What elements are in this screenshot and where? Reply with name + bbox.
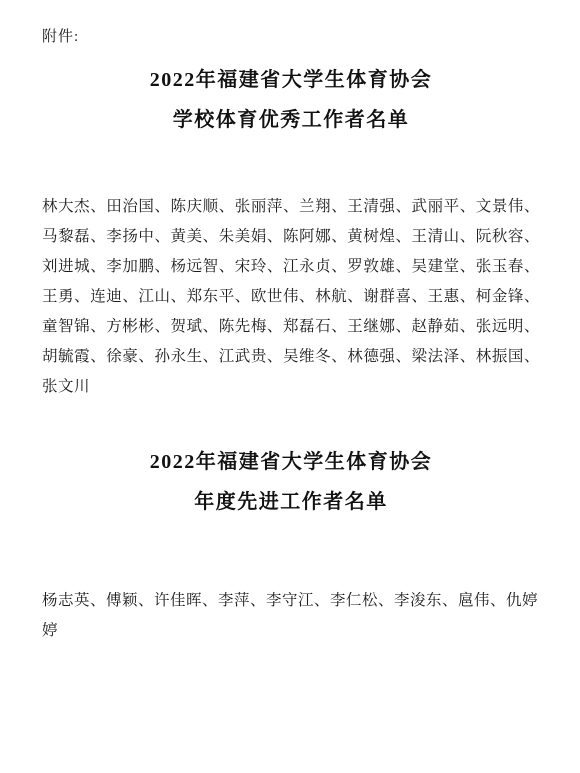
section2-title-line2: 年度先进工作者名单	[42, 482, 540, 522]
attachment-label: 附件:	[42, 25, 540, 46]
section1-title-block: 2022年福建省大学生体育协会 学校体育优秀工作者名单	[42, 60, 540, 140]
section2-title-line1: 2022年福建省大学生体育协会	[42, 442, 540, 482]
section2-names-list: 杨志英、傅颖、许佳晖、李萍、李守江、李仁松、李浚东、扈伟、仇婷婷	[42, 586, 540, 646]
section1-title-line1: 2022年福建省大学生体育协会	[42, 60, 540, 100]
section1-names-list: 林大杰、田治国、陈庆顺、张丽萍、兰翔、王清强、武丽平、文景伟、马黎磊、李扬中、黄…	[42, 192, 540, 402]
section1-title-line2: 学校体育优秀工作者名单	[42, 100, 540, 140]
section2-title-block: 2022年福建省大学生体育协会 年度先进工作者名单	[42, 442, 540, 522]
document-page: 附件: 2022年福建省大学生体育协会 学校体育优秀工作者名单 林大杰、田治国、…	[0, 0, 580, 773]
